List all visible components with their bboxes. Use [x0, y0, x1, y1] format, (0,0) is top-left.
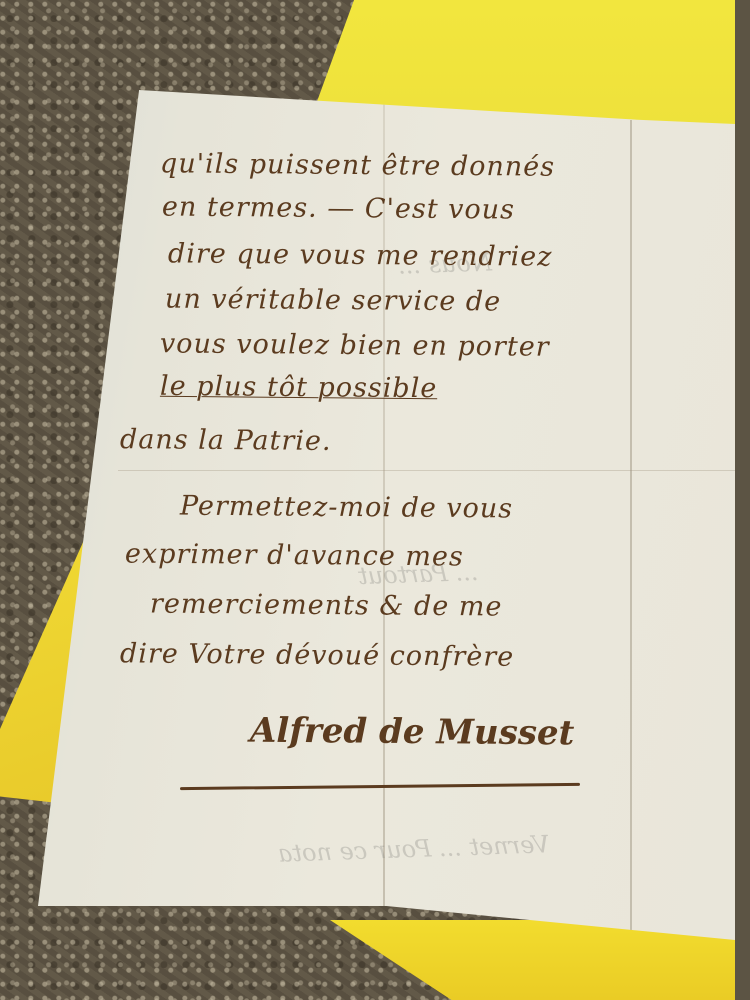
letter-line-10: remerciements & de me [150, 588, 503, 622]
letter-line-7: dans la Patrie. [120, 424, 332, 457]
letter-line-3: dire que vous me rendriez [168, 238, 553, 272]
carpet-edge-right [735, 0, 750, 1000]
letter-line-5: vous voulez bien en porter [160, 328, 550, 362]
letter-line-2: en termes. — C'est vous [162, 191, 515, 225]
letter-line-1: qu'ils puissent être donnés [160, 148, 555, 182]
letter-line-4: un véritable service de [165, 284, 501, 318]
letter-line-8: Permettez-moi de vous [180, 491, 513, 525]
paper-fold-page-edge [630, 120, 632, 940]
letter-line-11: dire Votre dévoué confrère [120, 638, 514, 672]
signature: Alfred de Musset [250, 711, 575, 754]
letter-line-9: exprimer d'avance mes [125, 539, 464, 573]
paper-fold-horizontal [118, 470, 738, 471]
letter-line-6: le plus tôt possible [160, 371, 438, 404]
bleed-through-text: Vernet ... Pour ce nota [278, 830, 550, 867]
